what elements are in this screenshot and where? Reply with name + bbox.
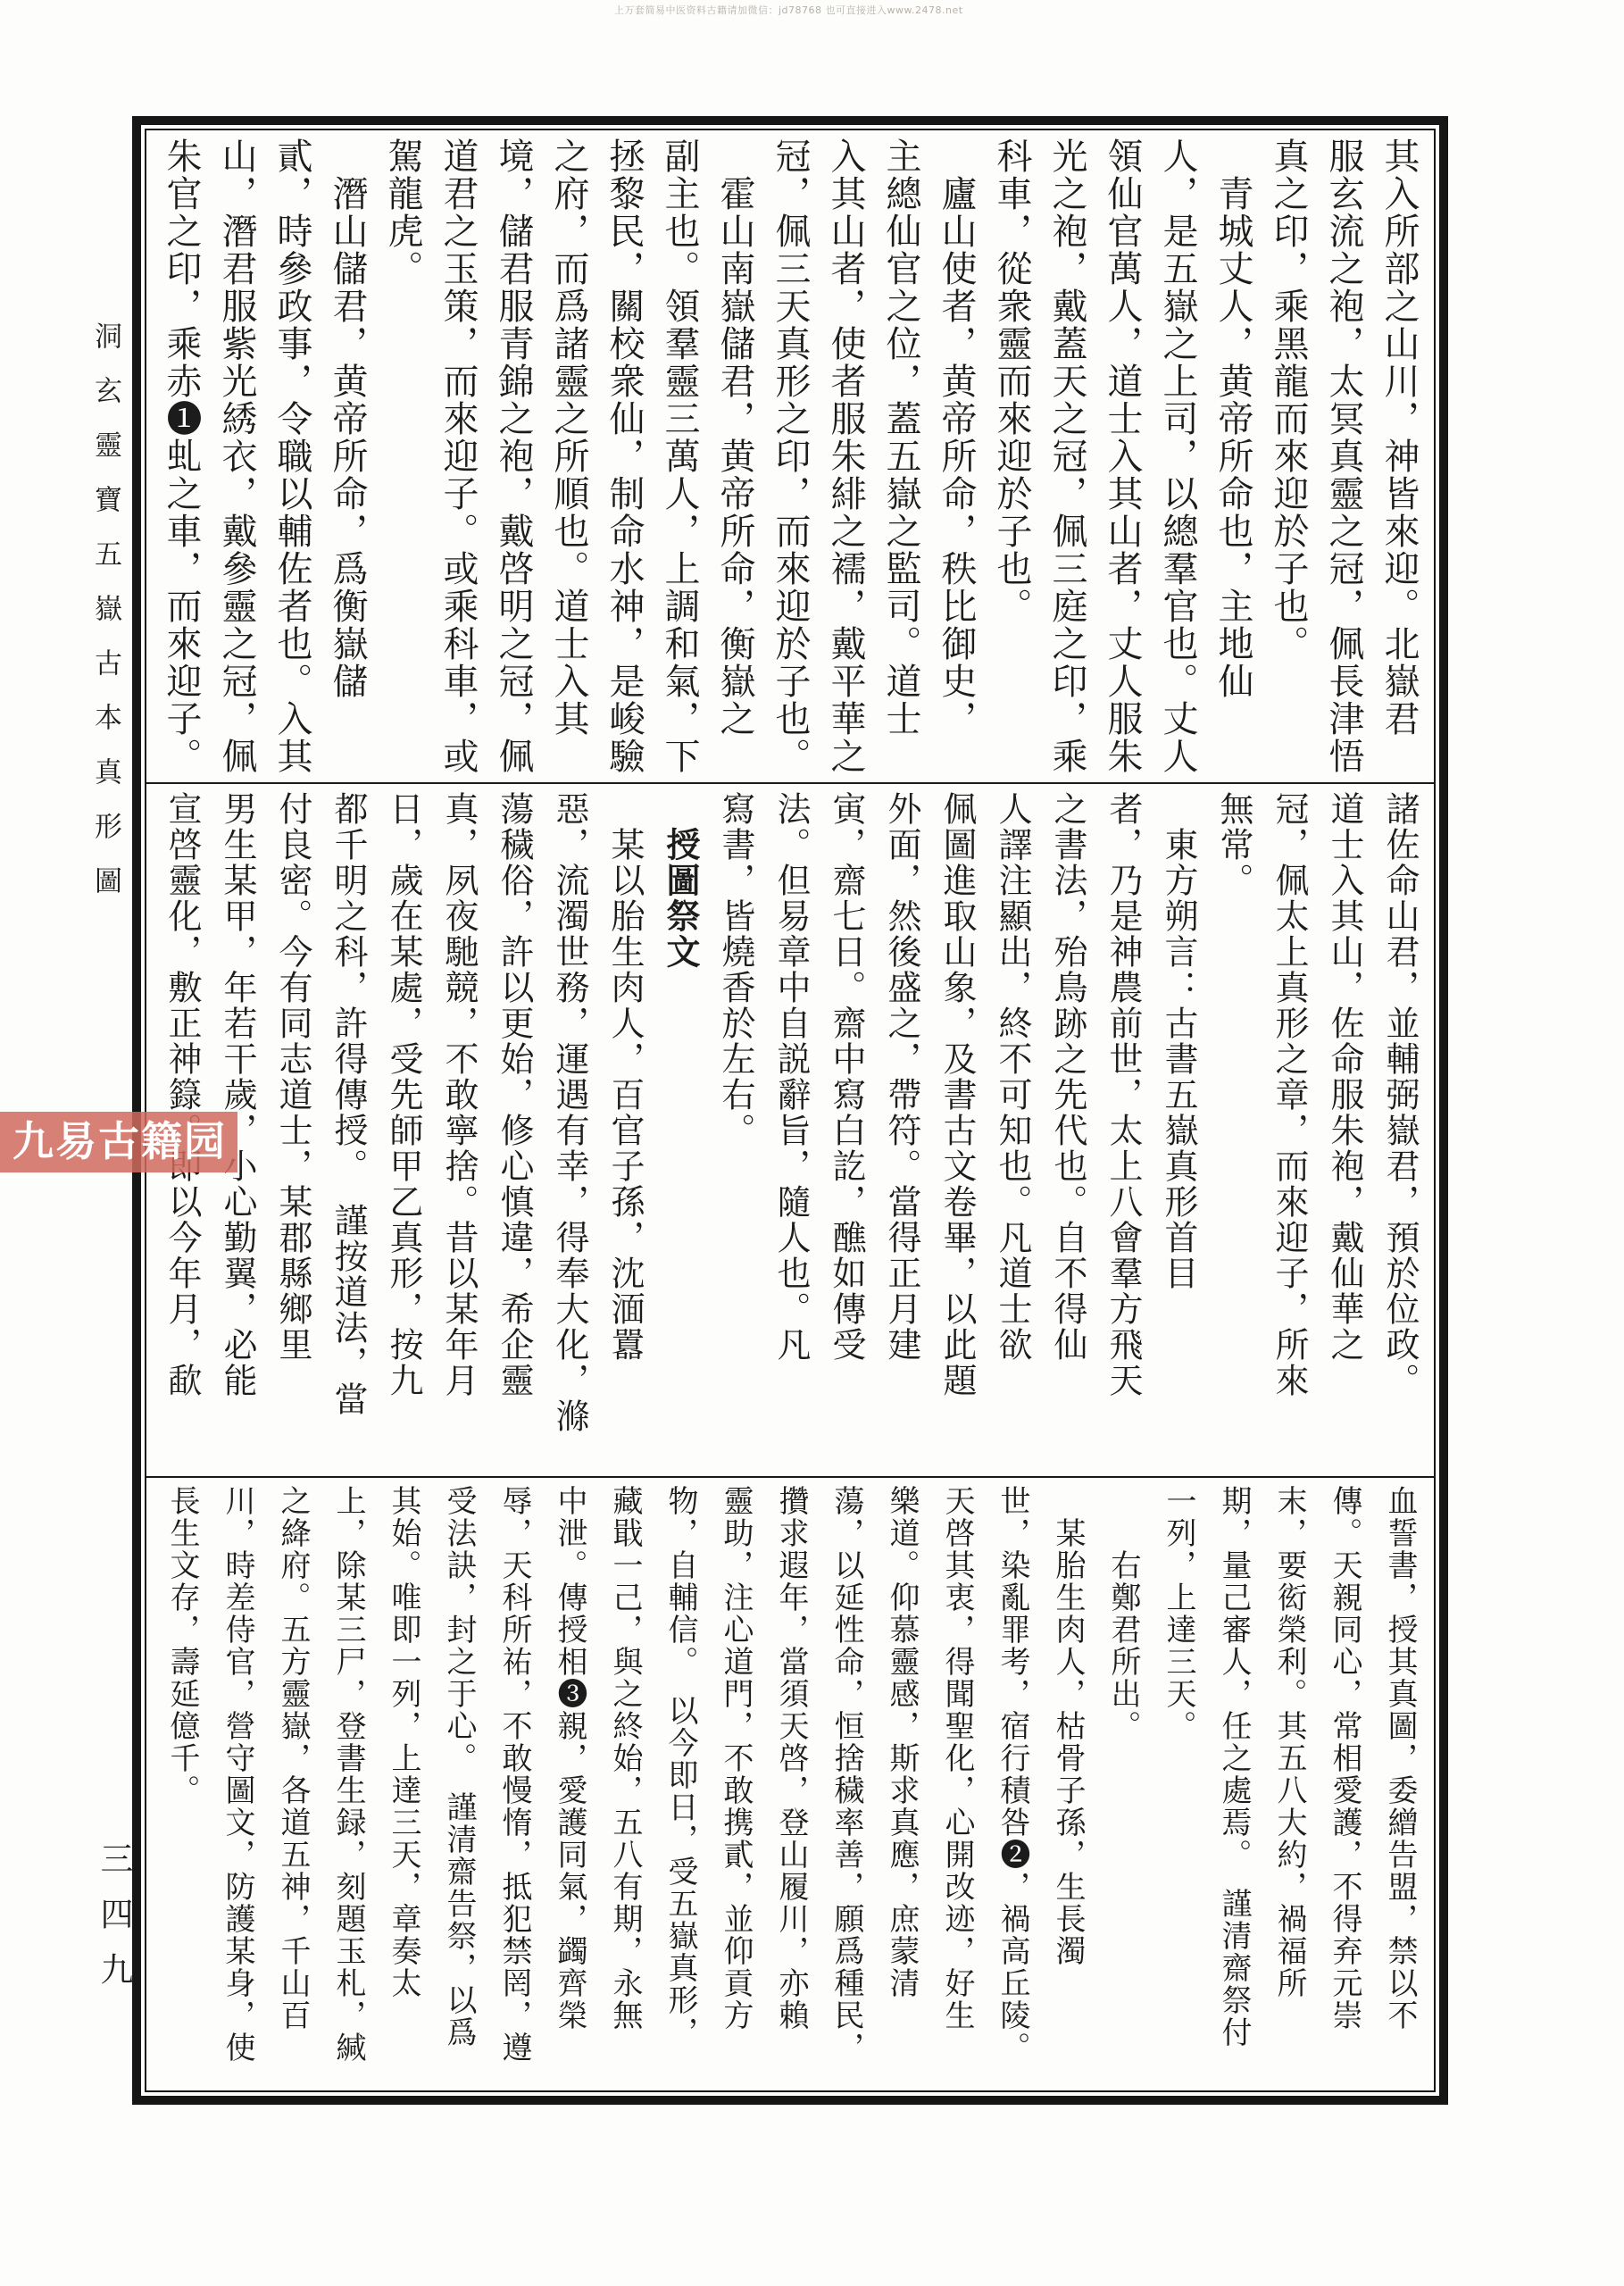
text-band-bottom: 血誓書，授其真圖，委繒告盟，禁以不傳。天親同心，常相愛護，不得弃元崇末，要衒榮利… xyxy=(146,1476,1434,2090)
text-column: 之府，而爲諸靈之所順也。道士入其 xyxy=(541,138,596,782)
text-column: 諸佐命山君，並輔弼嶽君，預於位政。 xyxy=(1371,791,1427,1476)
text-column: 潛山儲君，黄帝所命，爲衡嶽儲 xyxy=(320,138,375,782)
text-column: 者，乃是神農前世，太上八會羣方飛天 xyxy=(1095,791,1150,1476)
text-column: 主總仙官之位，蓋五嶽之監司。道士 xyxy=(873,138,929,782)
text-column: 中泄。傳授相❸親，愛護同氣，蠲齊榮 xyxy=(541,1485,596,2090)
text-column: 人，是五嶽之上司，以總羣官也。丈人 xyxy=(1150,138,1205,782)
text-column: 寫書，皆燒香於左右。 xyxy=(707,791,762,1476)
text-column: 付良密。今有同志道士，某郡縣鄉里 xyxy=(264,791,320,1476)
text-column: 之書法，殆鳥跡之先代也。自不得仙 xyxy=(1039,791,1095,1476)
text-column: 境，儲君服青錦之袍，戴啓明之冠，佩 xyxy=(486,138,541,782)
text-frame-border: 其入所部之山川，神皆來迎。北嶽君服玄流之袍，太冥真靈之冠，佩長津悟真之印，乘黑龍… xyxy=(132,116,1448,2105)
top-watermark-note: 上万套简易中医资料古籍请加微信：jd78768 也可直接进入www.2478.n… xyxy=(614,3,963,17)
text-column: 辱，天科所祐，不敢慢惰，抵犯禁罔，遵 xyxy=(486,1485,541,2090)
page-number: 三四九 xyxy=(88,1841,137,2007)
text-column: 靈助，注心道門，不敢携貳，並仰貢方 xyxy=(707,1485,762,2090)
text-column: 其始。唯即一列，上達三天，章奏太 xyxy=(375,1485,430,2090)
text-column: 道士入其山，佐命服朱袍，戴仙華之 xyxy=(1316,791,1371,1476)
text-column: 廬山使者，黄帝所命，秩比御史， xyxy=(929,138,984,782)
text-column: 霍山南嶽儲君，黄帝所命，衡嶽之 xyxy=(707,138,762,782)
text-column: 蕩穢俗，許以更始，修心慎違，希企靈 xyxy=(486,791,541,1476)
text-column: 駕龍虎。 xyxy=(375,138,430,782)
text-column: 服玄流之袍，太冥真靈之冠，佩長津悟 xyxy=(1316,138,1371,782)
watermark-character: 籍 xyxy=(141,1122,182,1163)
text-column: 一列，上達三天。 xyxy=(1150,1485,1205,2090)
text-column: 無常。 xyxy=(1205,791,1261,1476)
watermark-character: 古 xyxy=(98,1122,139,1163)
text-column: 光之袍，戴蓋天之冠，佩三庭之印，乘 xyxy=(1039,138,1095,782)
text-column: 長生文存，壽延億千。 xyxy=(154,1485,209,2090)
text-column: 人譯注顯出，終不可知也。凡道士欲 xyxy=(984,791,1039,1476)
text-column: 上，除某三尸，登書生録，刻題玉札，緘 xyxy=(320,1485,375,2090)
text-column: 都千明之科，許得傳授。 謹按道法，當 xyxy=(320,791,375,1476)
text-column: 期，量己審人，任之處焉。 謹清齋祭付 xyxy=(1205,1485,1261,2090)
text-column: 入其山者，使者服朱緋之襦，戴平華之 xyxy=(818,138,873,782)
text-column: 樂道。仰慕靈感，斯求真應，庶蒙清 xyxy=(873,1485,929,2090)
text-column: 末，要衒榮利。其五八大約，禍福所 xyxy=(1261,1485,1316,2090)
text-band-middle: 諸佐命山君，並輔弼嶽君，預於位政。道士入其山，佐命服朱袍，戴仙華之冠，佩太上真形… xyxy=(146,782,1434,1476)
text-column: 天啓其衷，得聞聖化，心開改迹，好生 xyxy=(929,1485,984,2090)
text-column: 青城丈人，黄帝所命也，主地仙 xyxy=(1205,138,1261,782)
text-band-top: 其入所部之山川，神皆來迎。北嶽君服玄流之袍，太冥真靈之冠，佩長津悟真之印，乘黑龍… xyxy=(146,130,1434,782)
scanned-book-page: 上万套简易中医资料古籍请加微信：jd78768 也可直接进入www.2478.n… xyxy=(0,0,1624,2286)
text-column: 川，時差侍官，營守圖文，防護某身，使 xyxy=(209,1485,264,2090)
watermark-character: 园 xyxy=(184,1122,225,1163)
text-column: 副主也。領羣靈三萬人，上調和氣，下 xyxy=(652,138,707,782)
text-column: 右鄭君所出。 xyxy=(1095,1485,1150,2090)
text-column: 世，染亂罪考，宿行積咎❷，禍高丘陵。 xyxy=(984,1485,1039,2090)
text-column: 傳。天親同心，常相愛護，不得弃元崇 xyxy=(1316,1485,1371,2090)
text-column: 其入所部之山川，神皆來迎。北嶽君 xyxy=(1371,138,1427,782)
text-column: 拯黎民，關校衆仙，制命水神，是峻驗 xyxy=(596,138,652,782)
text-column: 冠，佩三天真形之印，而來迎於子也。 xyxy=(762,138,818,782)
text-column: 某胎生肉人，枯骨子孫，生長濁 xyxy=(1039,1485,1095,2090)
text-column: 日，歲在某處，受先師甲乙真形，按九 xyxy=(375,791,430,1476)
text-column: 寅，齋七日。齋中寫白訖，醮如傳受 xyxy=(818,791,873,1476)
text-column: 道君之玉策，而來迎子。或乘科車，或 xyxy=(430,138,486,782)
text-column: 冠，佩太上真形之章，而來迎子，所來 xyxy=(1261,791,1316,1476)
text-column: 佩圖進取山象，及書古文卷畢，以此題 xyxy=(929,791,984,1476)
text-column: 蕩，以延性命，恒捨穢率善，願爲種民， xyxy=(818,1485,873,2090)
watermark-character: 易 xyxy=(55,1122,96,1163)
text-column: 朱官之印，乘赤❶虬之車，而來迎子。 xyxy=(154,138,209,782)
text-column: 東方朔言：古書五嶽真形首目 xyxy=(1150,791,1205,1476)
margin-book-title: 洞玄靈寶五嶽古本真形圖 xyxy=(86,321,126,921)
text-column: 物，自輔信。 以今即日，受五嶽真形， xyxy=(652,1485,707,2090)
text-frame-inner-border: 其入所部之山川，神皆來迎。北嶽君服玄流之袍，太冥真靈之冠，佩長津悟真之印，乘黑龍… xyxy=(145,129,1436,2092)
text-column: 領仙官萬人，道士入其山者，丈人服朱 xyxy=(1095,138,1150,782)
text-column: 法。但易章中自説辭旨，隨人也。凡 xyxy=(762,791,818,1476)
text-column: 科車，從衆靈而來迎於子也。 xyxy=(984,138,1039,782)
text-column: 真之印，乘黑龍而來迎於子也。 xyxy=(1261,138,1316,782)
text-column: 藏戢一己，與之終始，五八有期，永無 xyxy=(596,1485,652,2090)
text-column: 攢求遐年，當須天啓，登山履川，亦賴 xyxy=(762,1485,818,2090)
text-column: 真，夙夜馳競，不敢寧捨。昔以某年月 xyxy=(430,791,486,1476)
text-column: 受法訣，封之于心。 謹清齋告祭，以爲 xyxy=(430,1485,486,2090)
text-column: 之絳府。五方靈嶽，各道五神，千山百 xyxy=(264,1485,320,2090)
text-column: 山，潛君服紫光綉衣，戴參靈之冠，佩 xyxy=(209,138,264,782)
text-column: 貳，時參政事，令職以輔佐者也。入其 xyxy=(264,138,320,782)
text-column: 血誓書，授其真圖，委繒告盟，禁以不 xyxy=(1371,1485,1427,2090)
text-column: 外面，然後盛之，帶符。當得正月建 xyxy=(873,791,929,1476)
watermark-character: 九 xyxy=(12,1122,54,1163)
text-column: 某以胎生肉人，百官子孫，沈湎囂 xyxy=(596,791,652,1476)
red-site-watermark: 九易古籍园 xyxy=(0,1112,237,1172)
text-column: 授圖祭文 xyxy=(652,791,707,1476)
text-column: 惡，流濁世務，運遇有幸，得奉大化，滌 xyxy=(541,791,596,1476)
